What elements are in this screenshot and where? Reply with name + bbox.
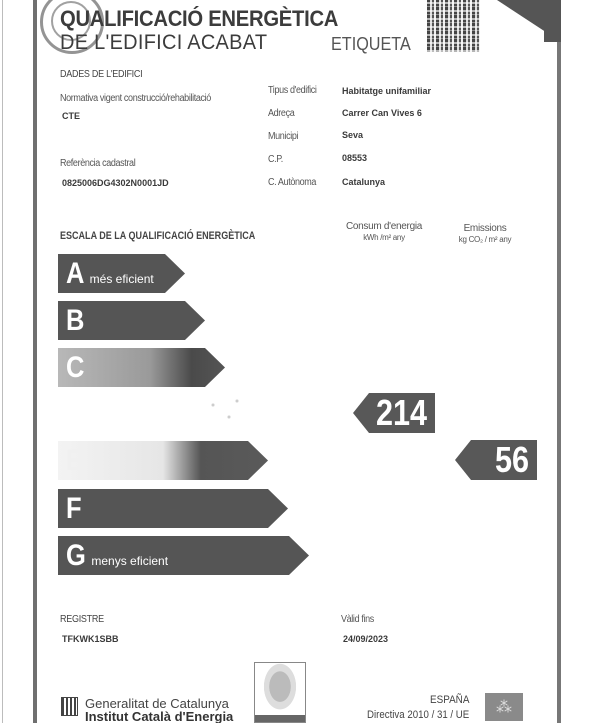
emissions-unit: kg CO₂ / m² any [445, 235, 525, 244]
org-line2: Institut Català d'Energia [85, 709, 233, 723]
class-caption: menys eficient [91, 554, 168, 568]
building-section-title: DADES DE L'EDIFICI [60, 69, 142, 80]
emissions-header-label: Emissions [464, 223, 507, 234]
field-label-building-type: Tipus d'edifici [268, 85, 317, 96]
consumption-marker: 214 [353, 393, 435, 433]
valid-until-label: Vàlid fins [341, 614, 374, 625]
title-line2: DE L'EDIFICI ACABAT [60, 31, 267, 55]
faded-class-bar-d [205, 393, 245, 433]
class-letter: F [66, 492, 82, 526]
cadastral-label: Referència cadastral [60, 158, 135, 169]
emissions-marker: 56 [455, 440, 537, 480]
generalitat-logo-icon [61, 697, 78, 716]
document-type: ETIQUETA [331, 34, 411, 55]
class-caption: més eficient [90, 272, 154, 286]
consumption-header: Consum d'energia kWh /m² any [338, 221, 430, 242]
emissions-header: Emissions kg CO₂ / m² any [445, 223, 525, 244]
class-bar-e: E [58, 441, 268, 480]
consumption-header-label: Consum d'energia [346, 221, 422, 232]
corner-fill [544, 0, 561, 42]
directive-label: Directiva 2010 / 31 / UE [367, 709, 469, 721]
qr-code-icon [427, 0, 480, 52]
class-letter: A [66, 257, 84, 291]
class-bar-f: F [58, 489, 288, 528]
class-bar-g: G menys eficient [58, 536, 309, 575]
field-label-municipality: Municipi [268, 131, 298, 142]
consumption-unit: kWh /m² any [338, 233, 430, 242]
field-value-municipality: Seva [342, 130, 363, 140]
field-value-region: Catalunya [342, 177, 385, 187]
field-value-building-type: Habitatge unifamiliar [342, 86, 431, 96]
class-letter: E [66, 444, 83, 478]
class-letter: B [66, 304, 84, 338]
class-bar-c: C [58, 348, 225, 387]
class-bar-a: A més eficient [58, 254, 185, 293]
registry-label: REGISTRE [60, 614, 104, 625]
title-line1: QUALIFICACIÓ ENERGÈTICA [60, 6, 338, 32]
eu-flag-icon: ⁂ [485, 693, 523, 721]
field-label-region: C. Autònoma [268, 177, 316, 188]
label-border-left [33, 0, 37, 723]
field-label-address: Adreça [268, 108, 294, 119]
scan-edge-line [2, 0, 3, 723]
cadastral-value: 0825006DG4302N0001JD [62, 178, 169, 188]
field-value-address: Carrer Can Vives 6 [342, 108, 422, 118]
emissions-value: 56 [495, 439, 529, 481]
class-bar-b: B [58, 301, 205, 340]
consumption-value: 214 [376, 392, 427, 434]
field-label-postal-code: C.P. [268, 154, 283, 165]
spain-coat-of-arms-icon [254, 662, 306, 723]
class-letter: G [66, 539, 86, 573]
valid-until-value: 24/09/2023 [343, 634, 388, 644]
class-letter: C [66, 351, 84, 385]
scale-title: ESCALA DE LA QUALIFICACIÓ ENERGÈTICA [60, 230, 255, 242]
field-value-postal-code: 08553 [342, 153, 367, 163]
regulation-value: CTE [62, 111, 80, 121]
country-label: ESPAÑA [430, 694, 469, 706]
registry-value: TFKWK1SBB [62, 634, 119, 644]
regulation-label: Normativa vigent construcció/rehabilitac… [60, 93, 211, 104]
label-border-right [557, 40, 561, 723]
